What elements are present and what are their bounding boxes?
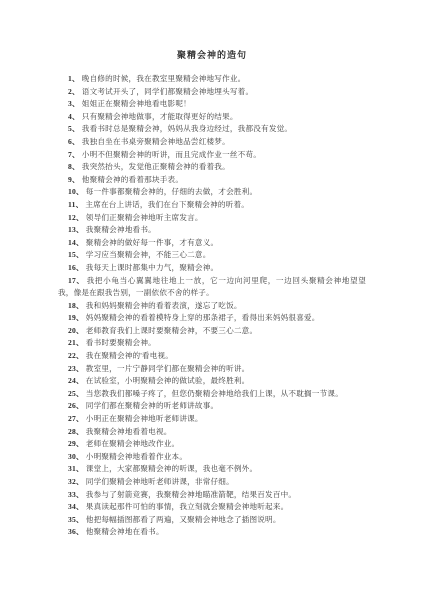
item-number: 23、 — [68, 364, 84, 373]
sentence-item: 14、聚精会神的做好每一件事，才有意义。 — [58, 237, 366, 250]
item-text: 他聚精会神地在看书。 — [86, 527, 164, 536]
item-number: 22、 — [68, 351, 84, 360]
item-number: 28、 — [68, 427, 84, 436]
item-text: 我和妈妈聚精会神的看着表演，遂忘了吃饭。 — [86, 301, 242, 310]
item-number: 1、 — [68, 74, 80, 83]
sentence-item: 28、我聚精会神地看着电视。 — [58, 426, 366, 439]
item-number: 8、 — [68, 162, 80, 171]
item-number: 16、 — [68, 263, 84, 272]
sentence-item: 15、学习应当聚精会神，不能三心二意。 — [58, 249, 366, 262]
item-number: 21、 — [68, 338, 84, 347]
item-number: 33、 — [68, 490, 84, 499]
sentence-item: 3、姐姐正在聚精会神地看电影呢！ — [58, 98, 366, 111]
sentence-item: 22、我在聚精会神的'看电视。 — [58, 350, 366, 363]
item-number: 13、 — [68, 225, 84, 234]
sentence-item: 12、领导们正聚精会神地听主席发言。 — [58, 212, 366, 225]
item-text: 我参与了射箭竞赛，我聚精会神地瞄准箭靶，结果百发百中。 — [86, 490, 296, 499]
sentence-item: 2、语文考试开头了，同学们都聚精会神地埋头写着。 — [58, 86, 366, 99]
item-number: 7、 — [68, 150, 80, 159]
sentence-item: 32、同学们聚精会神地听老师讲课，非常仔细。 — [58, 476, 366, 489]
sentence-item: 5、我看书时总是聚精会神，妈妈从我身边经过，我都没有发觉。 — [58, 123, 366, 136]
item-number: 4、 — [68, 112, 80, 121]
item-number: 14、 — [68, 238, 84, 247]
item-text: 当您教我们都嗓子疼了，但您仍聚精会神地给我们上课，从不耽搁一节课。 — [86, 389, 343, 398]
sentence-item: 9、他聚精会神的看着那块手表。 — [58, 174, 366, 187]
sentence-item: 7、小明不但聚精会神的听讲，而且完成作业一丝不苟。 — [58, 149, 366, 162]
sentence-item: 36、他聚精会神地在看书。 — [58, 526, 366, 539]
item-text: 主席在台上讲话，我们在台下聚精会神的听着。 — [85, 200, 249, 209]
item-number: 32、 — [68, 477, 84, 486]
item-number: 6、 — [68, 137, 80, 146]
sentence-item: 6、我独自坐在书桌旁聚精会神地品尝红楼梦。 — [58, 136, 366, 149]
sentence-item: 19、妈妈聚精会神的看着模特身上穿的那条裙子，看得出来妈妈很喜爱。 — [58, 312, 366, 325]
item-text: 语文考试开头了，同学们都聚精会神地埋头写着。 — [82, 87, 253, 96]
sentence-item: 33、我参与了射箭竞赛，我聚精会神地瞄准箭靶，结果百发百中。 — [58, 489, 366, 502]
sentence-item: 26、同学们都在聚精会神的听老师讲故事。 — [58, 400, 366, 413]
item-text: 晚自修的时候，我在教室里聚精会神地写作业。 — [82, 74, 246, 83]
item-text: 果真读起那件可怕的事情，我立刻就会聚精会神地听起来。 — [86, 502, 289, 511]
item-text: 姐姐正在聚精会神地看电影呢！ — [82, 99, 191, 108]
sentence-list: 1、晚自修的时候，我在教室里聚精会神地写作业。2、语文考试开头了，同学们都聚精会… — [58, 73, 366, 539]
sentence-item: 18、我和妈妈聚精会神的看着表演，遂忘了吃饭。 — [58, 300, 366, 313]
sentence-item: 11、主席在台上讲话，我们在台下聚精会神的听着。 — [58, 199, 366, 212]
item-text: 我聚精会神地看书。 — [86, 225, 156, 234]
item-number: 18、 — [68, 301, 84, 310]
sentence-item: 1、晚自修的时候，我在教室里聚精会神地写作业。 — [58, 73, 366, 86]
sentence-item: 23、教室里，一片宁静同学们都在聚精会神的听讲。 — [58, 363, 366, 376]
item-number: 36、 — [68, 527, 84, 536]
item-text: 只有聚精会神地做事，才能取得更好的结果。 — [82, 112, 238, 121]
sentence-item: 13、我聚精会神地看书。 — [58, 224, 366, 237]
item-number: 2、 — [68, 87, 80, 96]
item-text: 同学们聚精会神地听老师讲课，非常仔细。 — [86, 477, 234, 486]
item-number: 10、 — [68, 187, 84, 196]
item-number: 24、 — [68, 376, 84, 385]
sentence-item: 21、看书时要聚精会神。 — [58, 337, 366, 350]
item-text: 我看书时总是聚精会神，妈妈从我身边经过，我都没有发觉。 — [82, 124, 292, 133]
item-text: 看书时要聚精会神。 — [86, 338, 156, 347]
item-text: 学习应当聚精会神，不能三心二意。 — [86, 250, 211, 259]
item-number: 34、 — [68, 502, 84, 511]
item-number: 35、 — [68, 515, 84, 524]
item-text: 我把小龟当心翼翼地往地上一放，它一边向河里爬，一边回头聚精会神地望望我，像是在跟… — [58, 276, 366, 298]
item-number: 15、 — [68, 250, 84, 259]
item-text: 我在聚精会神的'看电视。 — [86, 351, 173, 360]
sentence-item: 35、他把每幅插图都看了两遍，又聚精会神地念了插图说明。 — [58, 514, 366, 527]
item-number: 31、 — [68, 464, 84, 473]
item-text: 每一件事都聚精会神的，仔细的去做，才会胜利。 — [86, 187, 257, 196]
item-number: 5、 — [68, 124, 80, 133]
item-text: 我独自坐在书桌旁聚精会神地品尝红楼梦。 — [82, 137, 230, 146]
item-number: 19、 — [68, 313, 84, 322]
sentence-item: 27、小明正在聚精会神地听老师讲课。 — [58, 413, 366, 426]
sentence-item: 8、我突然抬头，发觉他正聚精会神的看着我。 — [58, 161, 366, 174]
item-number: 9、 — [68, 175, 80, 184]
item-number: 12、 — [68, 213, 84, 222]
item-text: 小明聚精会神地看着作业本。 — [86, 452, 187, 461]
item-text: 小明正在聚精会神地听老师讲课。 — [86, 414, 203, 423]
item-text: 在试验室，小明聚精会神的做试验，最终胜利。 — [86, 376, 250, 385]
sentence-item: 10、每一件事都聚精会神的，仔细的去做，才会胜利。 — [58, 186, 366, 199]
item-text: 我聚精会神地看着电视。 — [86, 427, 172, 436]
sentence-item: 25、当您教我们都嗓子疼了，但您仍聚精会神地给我们上课，从不耽搁一节课。 — [58, 388, 366, 401]
sentence-item: 16、我每天上课时都集中力气，聚精会神。 — [58, 262, 366, 275]
item-text: 他把每幅插图都看了两遍，又聚精会神地念了插图说明。 — [86, 515, 281, 524]
item-text: 老师教育我们上课时要聚精会神，不要三心二意。 — [86, 326, 257, 335]
item-number: 29、 — [68, 439, 84, 448]
item-text: 妈妈聚精会神的看着模特身上穿的那条裙子，看得出来妈妈很喜爱。 — [86, 313, 320, 322]
item-number: 25、 — [68, 389, 84, 398]
item-text: 同学们都在聚精会神的听老师讲故事。 — [86, 401, 219, 410]
item-text: 课堂上，大家都聚精会神的听课，我也毫不例外。 — [86, 464, 257, 473]
sentence-item: 31、课堂上，大家都聚精会神的听课，我也毫不例外。 — [58, 463, 366, 476]
item-number: 27、 — [68, 414, 84, 423]
sentence-item: 4、只有聚精会神地做事，才能取得更好的结果。 — [58, 111, 366, 124]
item-number: 11、 — [68, 200, 83, 209]
item-text: 领导们正聚精会神地听主席发言。 — [86, 213, 203, 222]
sentence-item: 20、老师教育我们上课时要聚精会神，不要三心二意。 — [58, 325, 366, 338]
item-text: 小明不但聚精会神的听讲，而且完成作业一丝不苟。 — [82, 150, 261, 159]
sentence-item: 24、在试验室，小明聚精会神的做试验，最终胜利。 — [58, 375, 366, 388]
item-number: 3、 — [68, 99, 80, 108]
item-number: 26、 — [68, 401, 84, 410]
item-text: 聚精会神的做好每一件事，才有意义。 — [86, 238, 219, 247]
item-text: 老师在聚精会神地改作业。 — [86, 439, 180, 448]
sentence-item: 29、老师在聚精会神地改作业。 — [58, 438, 366, 451]
item-text: 我突然抬头，发觉他正聚精会神的看着我。 — [82, 162, 230, 171]
item-number: 30、 — [68, 452, 84, 461]
sentence-item: 17、我把小龟当心翼翼地往地上一放，它一边向河里爬，一边回头聚精会神地望望我，像… — [58, 275, 366, 300]
page-title: 聚精会神的造句 — [58, 48, 366, 61]
item-text: 他聚精会神的看着那块手表。 — [82, 175, 183, 184]
sentence-item: 34、果真读起那件可怕的事情，我立刻就会聚精会神地听起来。 — [58, 501, 366, 514]
document-page: 聚精会神的造句 1、晚自修的时候，我在教室里聚精会神地写作业。2、语文考试开头了… — [0, 0, 424, 600]
item-text: 我每天上课时都集中力气，聚精会神。 — [86, 263, 219, 272]
sentence-item: 30、小明聚精会神地看着作业本。 — [58, 451, 366, 464]
item-number: 20、 — [68, 326, 84, 335]
item-text: 教室里，一片宁静同学们都在聚精会神的听讲。 — [86, 364, 250, 373]
item-number: 17、 — [68, 276, 85, 285]
